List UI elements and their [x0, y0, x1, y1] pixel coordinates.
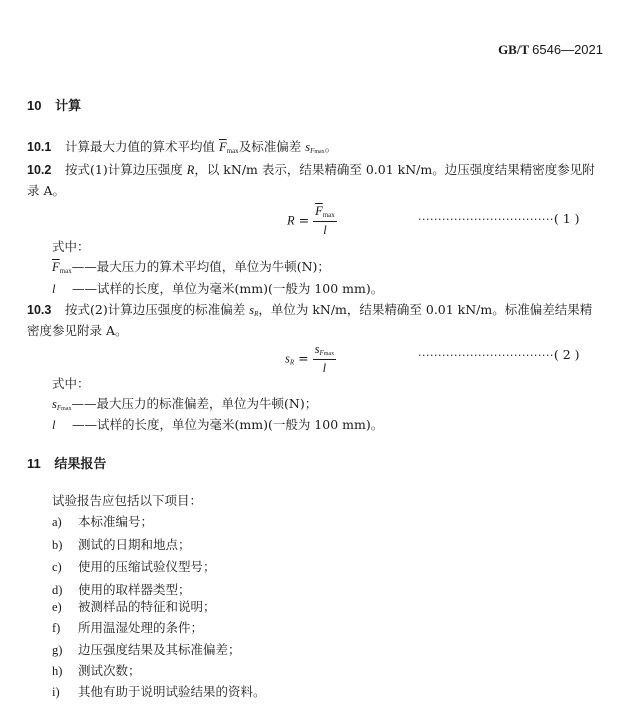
- definition: ——最大压力的标准偏差，单位为牛顿(N)；: [72, 396, 318, 411]
- list-label: f): [52, 622, 78, 635]
- clause-text: 计算最大力值的算术平均值: [65, 139, 215, 154]
- clause-text: ，单位为 kN/m，结果精确至 0.01 kN/m。标准偏差结果精: [258, 302, 592, 317]
- symbol: l: [52, 419, 72, 432]
- standard-number: 6546—2021: [532, 42, 603, 57]
- where-item: l——试样的长度，单位为毫米(mm)(一般为 100 mm)。: [52, 283, 383, 296]
- list-text: 使用的取样器类型；: [78, 582, 191, 597]
- fraction: sFmax l: [313, 343, 337, 375]
- subscript: max: [227, 147, 239, 155]
- clause-number: 10.3: [27, 304, 61, 317]
- subscript: max: [61, 406, 71, 412]
- list-item: h)测试次数；: [52, 665, 141, 678]
- leader-dots: ··································: [418, 213, 554, 226]
- numerator: sFmax: [313, 343, 337, 360]
- where-item: l——试样的长度，单位为毫米(mm)(一般为 100 mm)。: [52, 419, 383, 432]
- f-bar-symbol: F: [315, 204, 323, 218]
- list-text: 使用的压缩试验仪型号；: [78, 559, 216, 574]
- standard-prefix: GB/T: [498, 42, 529, 57]
- denominator: l: [313, 222, 337, 237]
- list-text: 边压强度结果及其标准偏差；: [78, 642, 241, 657]
- section-number: 10: [27, 98, 41, 113]
- subscript: R: [290, 358, 294, 366]
- list-label: b): [52, 539, 78, 552]
- where-intro: 式中：: [52, 241, 90, 254]
- section-title: 结果报告: [54, 456, 106, 471]
- list-label: d): [52, 584, 78, 597]
- clause-text: ，以 kN/m 表示，结果精确至 0.01 kN/m。边压强度结果精密度参见附: [194, 162, 594, 177]
- section-11-heading: 11 结果报告: [27, 457, 106, 470]
- where-item: Fmax——最大压力的算术平均值，单位为牛顿(N)；: [52, 261, 330, 275]
- document-code: GB/T 6546—2021: [498, 43, 603, 56]
- fraction: Fmax l: [313, 205, 337, 237]
- list-item: b)测试的日期和地点；: [52, 539, 191, 552]
- list-label: i): [52, 686, 78, 699]
- subscript: max: [323, 211, 335, 219]
- subscript: max: [314, 149, 324, 155]
- list-text: 被测样品的特征和说明；: [78, 599, 216, 614]
- section-number: 11: [27, 456, 41, 471]
- clause-10-2: 10.2 按式(1)计算边压强度 R，以 kN/m 表示，结果精确至 0.01 …: [27, 164, 595, 177]
- list-item: i)其他有助于说明试验结果的资料。: [52, 686, 266, 699]
- clause-number: 10.1: [27, 141, 61, 154]
- formula-1-number: ··································( 1 ): [418, 213, 580, 226]
- report-intro: 试验报告应包括以下项目：: [52, 495, 202, 508]
- clause-text: 及标准偏差: [239, 139, 302, 154]
- subscript: max: [324, 351, 334, 357]
- formula-2-number: ··································( 2 ): [418, 349, 580, 362]
- list-text: 本标准编号；: [78, 514, 153, 529]
- clause-number: 10.2: [27, 164, 61, 177]
- section-10-heading: 10 计算: [27, 99, 81, 112]
- list-item: f)所用温湿处理的条件；: [52, 622, 203, 635]
- definition: ——最大压力的算术平均值，单位为牛顿(N)；: [72, 259, 330, 274]
- list-label: a): [52, 516, 78, 529]
- where-intro: 式中：: [52, 378, 90, 391]
- equals-sign: =: [299, 212, 309, 227]
- leader-dots: ··································: [418, 349, 554, 362]
- list-text: 其他有助于说明试验结果的资料。: [78, 684, 266, 699]
- section-title: 计算: [55, 98, 81, 113]
- equation-label: ( 1 ): [554, 211, 580, 226]
- clause-10-3: 10.3 按式(2)计算边压强度的标准偏差 sR，单位为 kN/m，结果精确至 …: [27, 304, 592, 318]
- clause-text: 。: [325, 139, 338, 154]
- list-text: 所用温湿处理的条件；: [78, 620, 203, 635]
- symbol: l: [52, 283, 72, 296]
- list-item: c)使用的压缩试验仪型号；: [52, 561, 216, 574]
- f-bar-symbol: F: [219, 140, 227, 154]
- clause-text: 按式(1)计算边压强度: [65, 162, 183, 177]
- where-item: sFmax——最大压力的标准偏差，单位为牛顿(N)；: [52, 398, 317, 412]
- equation-label: ( 2 ): [554, 347, 580, 362]
- clause-10-1: 10.1 计算最大力值的算术平均值 Fmax及标准偏差 sFmax。: [27, 141, 337, 155]
- formula-1: R = Fmax l: [287, 205, 337, 237]
- list-label: c): [52, 561, 78, 574]
- subscript: max: [60, 267, 72, 275]
- symbol: F: [52, 260, 60, 274]
- list-item: g)边压强度结果及其标准偏差；: [52, 644, 241, 657]
- formula-lhs: R: [287, 213, 295, 227]
- definition: ——试样的长度，单位为毫米(mm)(一般为 100 mm)。: [72, 281, 383, 296]
- equals-sign: =: [298, 350, 308, 365]
- definition: ——试样的长度，单位为毫米(mm)(一般为 100 mm)。: [72, 417, 383, 432]
- list-item: d)使用的取样器类型；: [52, 584, 191, 597]
- list-label: g): [52, 644, 78, 657]
- clause-10-3-cont: 密度参见附录 A。: [27, 325, 128, 338]
- denominator: l: [313, 360, 337, 375]
- clause-10-2-cont: 录 A。: [27, 185, 65, 198]
- list-text: 测试的日期和地点；: [78, 537, 191, 552]
- list-label: e): [52, 601, 78, 614]
- list-text: 测试次数；: [78, 663, 141, 678]
- formula-2: sR = sFmax l: [285, 343, 336, 375]
- list-item: e)被测样品的特征和说明；: [52, 601, 216, 614]
- numerator: Fmax: [313, 205, 337, 222]
- list-item: a)本标准编号；: [52, 516, 153, 529]
- list-label: h): [52, 665, 78, 678]
- clause-text: 按式(2)计算边压强度的标准偏差: [65, 302, 245, 317]
